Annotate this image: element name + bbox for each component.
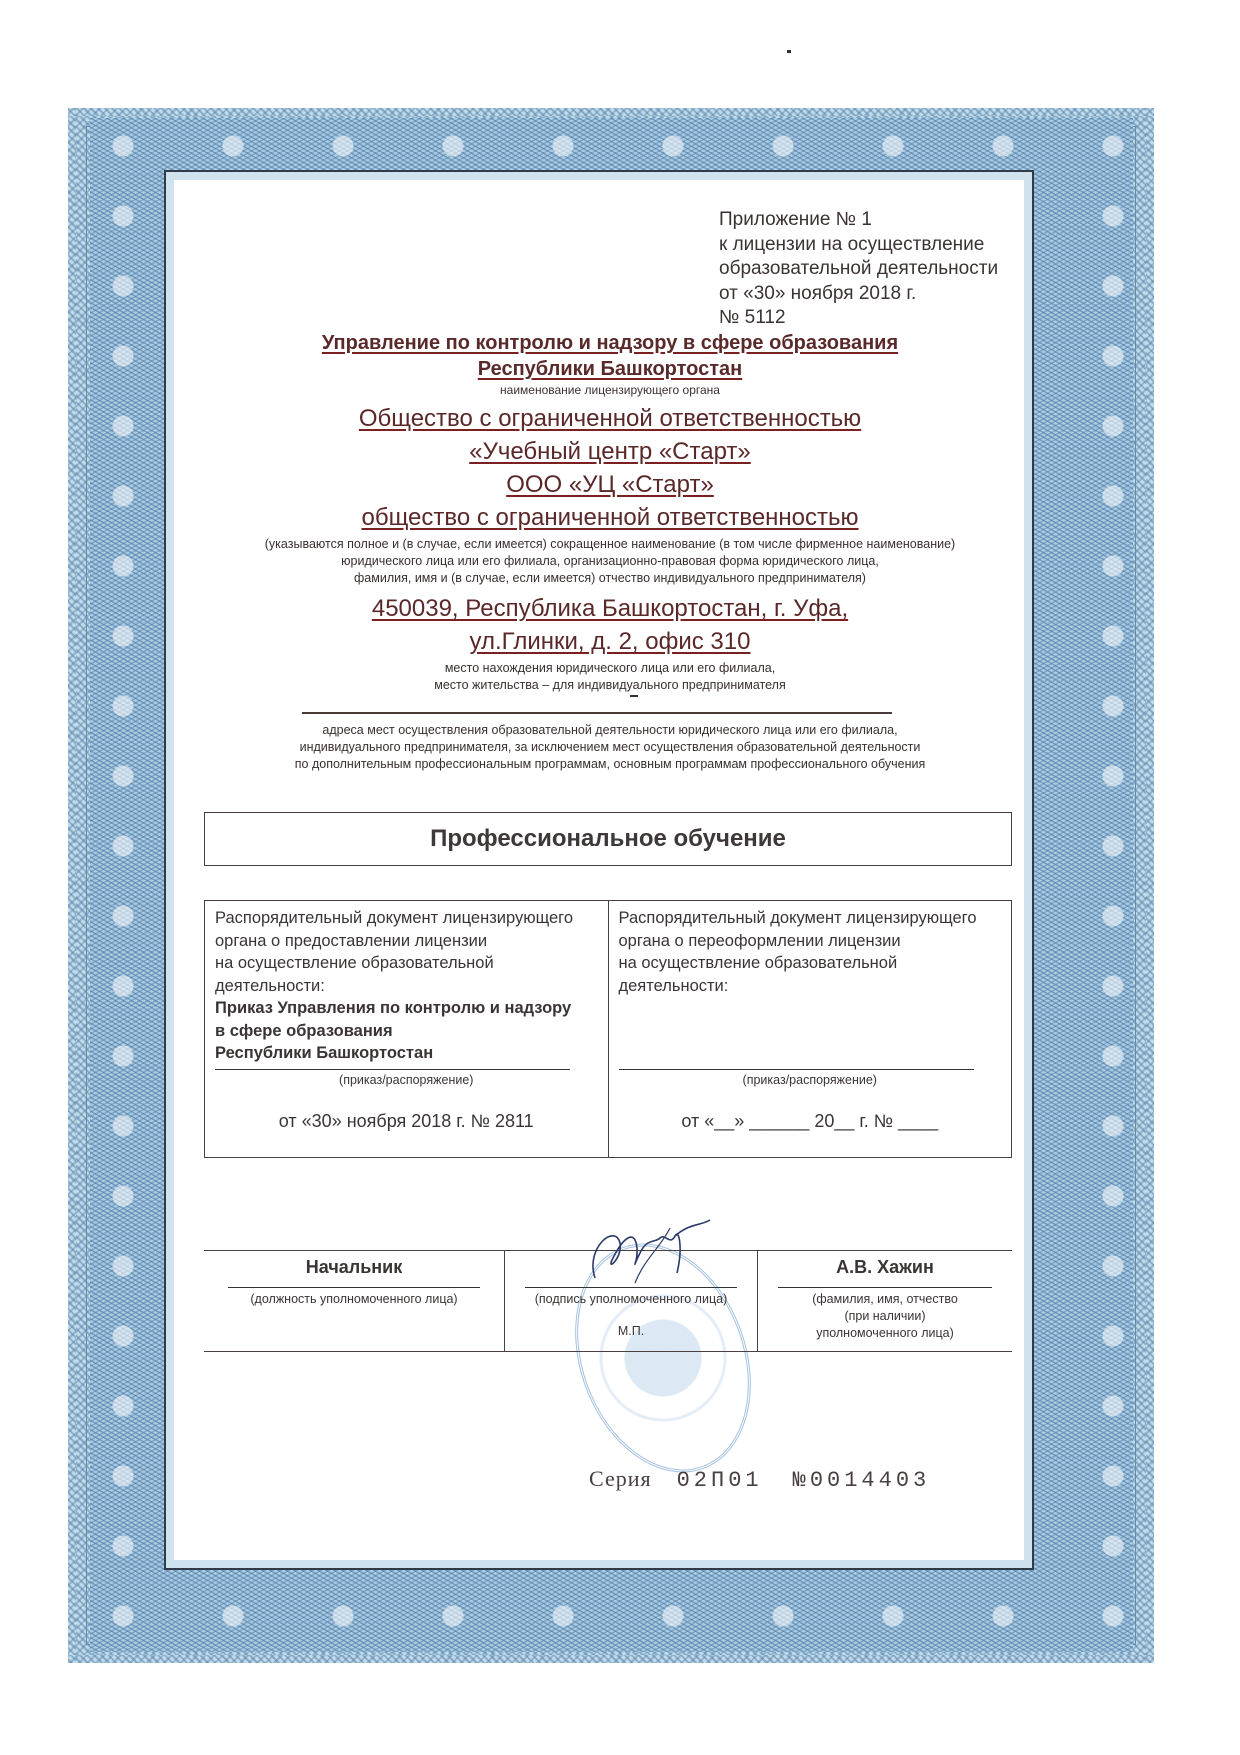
grant-order-cell: Распорядительный документ лицензирующего… (205, 901, 608, 1157)
desc-line: деятельности: (619, 975, 1002, 998)
location-caption: место нахождения юридического лица или е… (200, 660, 1020, 694)
caption-line: по дополнительным профессиональным прогр… (200, 756, 1020, 773)
licensing-authority: Управление по контролю и надзору в сфере… (200, 330, 1020, 398)
authority-line: Управление по контролю и надзору в сфере… (200, 330, 1020, 356)
appendix-line: Приложение № 1 (719, 208, 998, 233)
activity-sites-value (630, 695, 638, 697)
name-cell: А.В. Хажин (фамилия, имя, отчество (при … (757, 1251, 1012, 1351)
name-rule (778, 1287, 991, 1288)
appendix-line: образовательной деятельности (719, 257, 998, 282)
appendix-line: от «30» ноября 2018 г. (719, 282, 998, 307)
caption-line: место жительства – для индивидуального п… (200, 677, 1020, 694)
form-serial-number: Серия 02П01 №0014403 (589, 1466, 930, 1493)
appendix-line: № 5112 (719, 306, 998, 331)
orders-table: Распорядительный документ лицензирующего… (204, 900, 1012, 1158)
order-caption: (приказ/распоряжение) (609, 1073, 1012, 1087)
desc-line: деятельности: (215, 975, 598, 998)
program-title: Профессиональное обучение (204, 812, 1012, 866)
caption-line: юридического лица или его филиала, орган… (200, 553, 1020, 570)
desc-line: Распорядительный документ лицензирующего (619, 907, 1002, 930)
appendix-line: к лицензии на осуществление (719, 233, 998, 258)
position-caption: (должность уполномоченного лица) (204, 1291, 504, 1308)
desc-line: на осуществление образовательной (619, 952, 1002, 975)
full-name-line: Общество с ограниченной ответственностью (359, 405, 861, 432)
order-date: от «__» ______ 20__ г. № ____ (609, 1111, 1012, 1132)
license-appendix-document: Приложение № 1 к лицензии на осуществлен… (0, 0, 1240, 1755)
position-value: Начальник (204, 1257, 504, 1281)
serial-label: Серия (589, 1466, 652, 1491)
licensee-name: Общество с ограниченной ответственностью… (200, 402, 1020, 534)
activity-sites-caption: адреса мест осуществления образовательно… (200, 722, 1020, 773)
short-name: ООО «УЦ «Старт» (506, 471, 714, 498)
location-address: 450039, Республика Башкортостан, г. Уфа,… (200, 592, 1020, 658)
activity-sites-rule (302, 712, 892, 714)
name-caption-line: уполномоченного лица) (758, 1325, 1012, 1342)
position-cell: Начальник (должность уполномоченного лиц… (204, 1251, 504, 1351)
signature-caption: (подпись уполномоченного лица) (505, 1291, 757, 1308)
order-rule (215, 1069, 570, 1070)
order-rule (619, 1069, 974, 1070)
licensee-caption: (указываются полное и (в случае, если им… (200, 536, 1020, 587)
caption-line: фамилия, имя и (в случае, если имеется) … (200, 570, 1020, 587)
order-line: в сфере образования (215, 1020, 598, 1043)
signatory-name: А.В. Хажин (758, 1257, 1012, 1281)
caption-line: (указываются полное и (в случае, если им… (200, 536, 1020, 553)
caption-line: адреса мест осуществления образовательно… (200, 722, 1020, 739)
desc-line: органа о предоставлении лицензии (215, 930, 598, 953)
handwritten-signature-icon (575, 1218, 715, 1288)
serial-number: №0014403 (793, 1468, 931, 1493)
order-caption: (приказ/распоряжение) (205, 1073, 608, 1087)
appendix-header: Приложение № 1 к лицензии на осуществлен… (719, 208, 998, 331)
serial-series: 02П01 (677, 1468, 763, 1493)
desc-line: органа о переоформлении лицензии (619, 930, 1002, 953)
order-line: Приказ Управления по контролю и надзору (215, 997, 598, 1020)
authority-line: Республики Башкортостан (478, 358, 742, 380)
full-name-line: «Учебный центр «Старт» (469, 438, 751, 465)
caption-line: индивидуального предпринимателя, за искл… (200, 739, 1020, 756)
reissue-order-cell: Распорядительный документ лицензирующего… (608, 901, 1012, 1157)
name-caption-line: (фамилия, имя, отчество (758, 1291, 1012, 1308)
desc-line: Распорядительный документ лицензирующего (215, 907, 598, 930)
seal-caption: М.П. (505, 1324, 757, 1338)
address-line: ул.Глинки, д. 2, офис 310 (470, 628, 751, 655)
legal-form: общество с ограниченной ответственностью (361, 504, 858, 531)
caption-line: место нахождения юридического лица или е… (200, 660, 1020, 677)
order-date: от «30» ноября 2018 г. № 2811 (205, 1111, 608, 1132)
order-line: Республики Башкортостан (215, 1042, 598, 1065)
position-rule (228, 1287, 480, 1288)
address-line: 450039, Республика Башкортостан, г. Уфа, (372, 595, 848, 622)
authority-caption: наименование лицензирующего органа (200, 382, 1020, 398)
desc-line: на осуществление образовательной (215, 952, 598, 975)
name-caption-line: (при наличии) (758, 1308, 1012, 1325)
